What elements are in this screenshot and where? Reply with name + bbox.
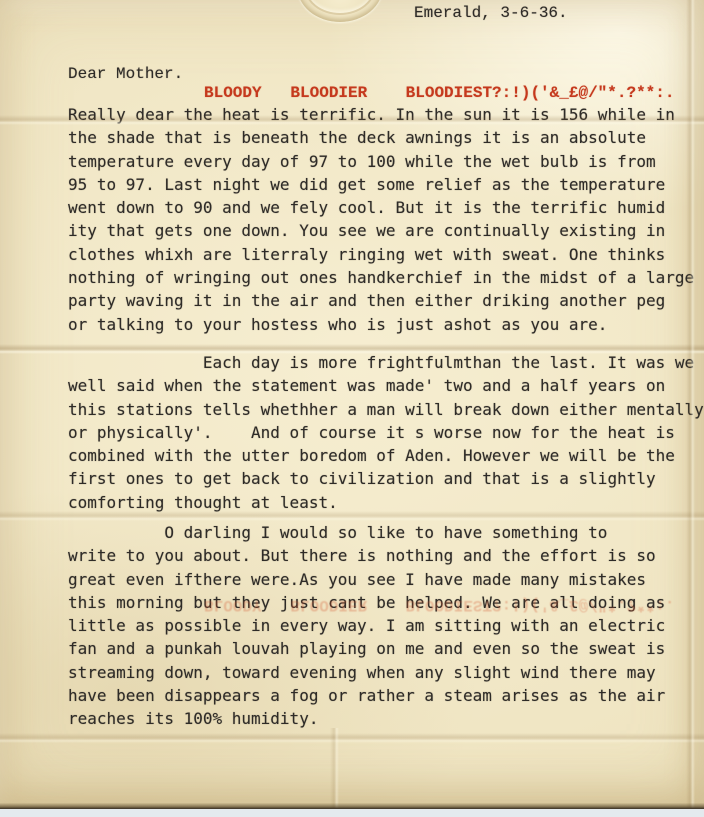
- embossed-seal: [297, 0, 383, 22]
- fold-crease-vertical: [686, 0, 695, 808]
- fold-crease: [0, 511, 704, 521]
- paragraph-1: Really dear the heat is terrific. In the…: [68, 103, 694, 336]
- red-typed-heading: BLOODY BLOODIER BLOODIEST?:!)('&_£@/"*.?…: [204, 82, 674, 105]
- salutation: Dear Mother.: [68, 63, 183, 86]
- fold-crease: [0, 344, 704, 354]
- paragraph-2: Each day is more frightfulmthan the last…: [68, 351, 704, 514]
- red-ink-offset-ghost: BLOODY BLOODIER BLOODIEST?:!)('&_£@/"*.?…: [204, 596, 674, 614]
- fold-crease-vertical: [330, 728, 339, 808]
- scanned-letter: Emerald, 3-6-36. Dear Mother. BLOODY BLO…: [0, 0, 704, 817]
- fold-crease: [0, 733, 704, 743]
- paragraph-3: O darling I would so like to have someth…: [68, 521, 665, 731]
- letter-paper: Emerald, 3-6-36. Dear Mother. BLOODY BLO…: [0, 0, 704, 808]
- fold-crease: [0, 115, 704, 125]
- paper-bottom-edge: [0, 803, 704, 809]
- dateline: Emerald, 3-6-36.: [414, 2, 568, 25]
